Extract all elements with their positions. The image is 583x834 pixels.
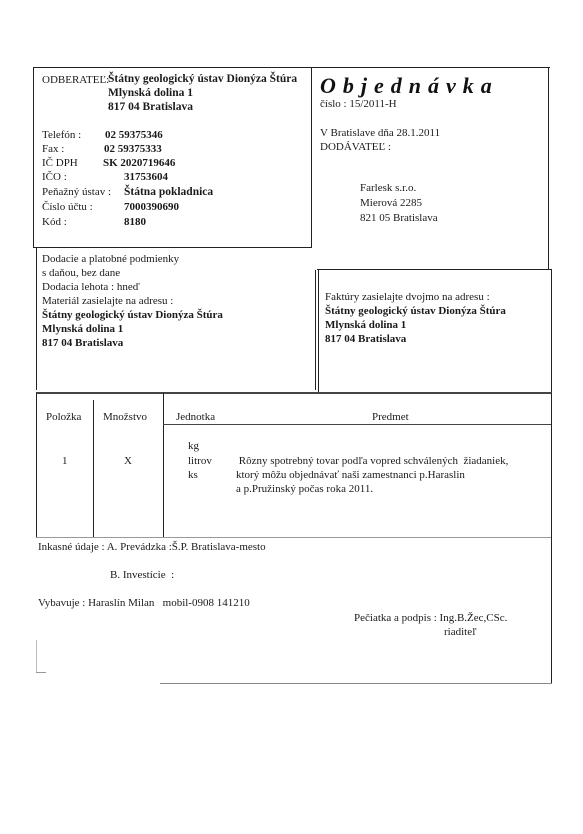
header-item: Položka: [46, 410, 81, 424]
table-top-border: [36, 392, 552, 394]
table-col-divider-2: [163, 393, 164, 537]
customer-label: ODBERATEĽ:: [42, 73, 109, 87]
supplier-street: Mierová 2285: [360, 196, 422, 210]
header-subject: Predmet: [372, 410, 409, 424]
material-address-label: Materiál zasielajte na adresu :: [42, 294, 173, 308]
delivery-city: 817 04 Bratislava: [42, 336, 123, 350]
invoice-street: Mlynská dolina 1: [325, 318, 406, 332]
row-unit-pieces: ks: [188, 468, 198, 482]
customer-box-bottom: [33, 247, 312, 248]
footer-left-bottom-mark: [36, 672, 46, 673]
collection-info: Inkasné údaje : A. Prevádzka :Š.P. Brati…: [38, 540, 266, 554]
customer-name: Štátny geologický ústav Dionýza Štúra: [108, 72, 297, 86]
row-item-number: 1: [62, 454, 68, 468]
supplier-city: 821 05 Bratislava: [360, 211, 438, 225]
footer-bottom-border: [160, 683, 552, 684]
bank-label: Peňažný ústav :: [42, 185, 111, 199]
delivery-street: Mlynská dolina 1: [42, 322, 123, 336]
table-right-border: [551, 393, 552, 683]
row-quantity: X: [124, 454, 132, 468]
supplier-name: Farlesk s.r.o.: [360, 181, 416, 195]
code-value: 8180: [124, 215, 146, 229]
signature-role: riaditeľ: [444, 625, 477, 639]
invoice-box-left: [318, 269, 319, 393]
top-border: [33, 67, 550, 68]
row-subject-line2: ktorý môžu objednávať naši zamestnanci p…: [236, 468, 465, 482]
row-subject-line1: Rôzny spotrebný tovar podľa vopred schvá…: [236, 454, 508, 468]
place-date: V Bratislave dňa 28.1.2011: [320, 126, 440, 140]
middle-divider: [311, 67, 312, 248]
signature-label: Pečiatka a podpis : Ing.B.Žec,CSc.: [354, 611, 507, 625]
invoice-box-right: [551, 269, 552, 393]
invoice-city: 817 04 Bratislava: [325, 332, 406, 346]
account-value: 7000390690: [124, 200, 179, 214]
fax-label: Fax :: [42, 142, 64, 156]
ico-value: 31753604: [124, 170, 168, 184]
investments-info: B. Investície :: [110, 568, 174, 582]
fax-value: 02 59375333: [104, 142, 162, 156]
bank-value: Štátna pokladnica: [124, 185, 213, 199]
footer-left-mark: [36, 640, 37, 673]
supplier-label: DODÁVATEĽ :: [320, 140, 391, 154]
vat-value: SK 2020719646: [103, 156, 175, 170]
phone-label: Telefón :: [42, 128, 81, 142]
row-unit-liters: litrov: [188, 454, 212, 468]
ico-label: IČO :: [42, 170, 67, 184]
left-border-top: [33, 67, 34, 247]
delivery-box-right: [315, 270, 316, 390]
vat-label: IČ DPH: [42, 156, 78, 170]
delivery-deadline: Dodacia lehota : hneď: [42, 280, 140, 294]
row-subject-line3: a p.Pružinský počas roka 2011.: [236, 482, 373, 496]
customer-street: Mlynská dolina 1: [108, 86, 193, 100]
header-quantity: Množstvo: [103, 410, 147, 424]
code-label: Kód :: [42, 215, 67, 229]
phone-value: 02 59375346: [105, 128, 163, 142]
delivery-name: Štátny geologický ústav Dionýza Štúra: [42, 308, 223, 322]
invoice-box-top: [317, 269, 552, 270]
invoice-name: Štátny geologický ústav Dionýza Štúra: [325, 304, 506, 318]
row-unit-kg: kg: [188, 439, 199, 453]
handler-info: Vybavuje : Haraslín Milan mobil-0908 141…: [38, 596, 250, 610]
table-bottom-border: [36, 537, 551, 538]
invoice-address-label: Faktúry zasielajte dvojmo na adresu :: [325, 290, 490, 304]
document-title: Objednávka: [320, 73, 499, 99]
right-border-top: [548, 67, 549, 269]
delivery-box-left: [36, 248, 37, 390]
tax-terms: s daňou, bez dane: [42, 266, 120, 280]
delivery-terms: Dodacie a platobné podmienky: [42, 252, 179, 266]
customer-city: 817 04 Bratislava: [108, 100, 193, 114]
header-unit: Jednotka: [176, 410, 215, 424]
order-number: číslo : 15/2011-H: [320, 97, 397, 111]
account-label: Číslo účtu :: [42, 200, 93, 214]
table-left-border: [36, 393, 37, 537]
table-header-divider: [163, 424, 551, 425]
table-col-divider-1: [93, 400, 94, 537]
